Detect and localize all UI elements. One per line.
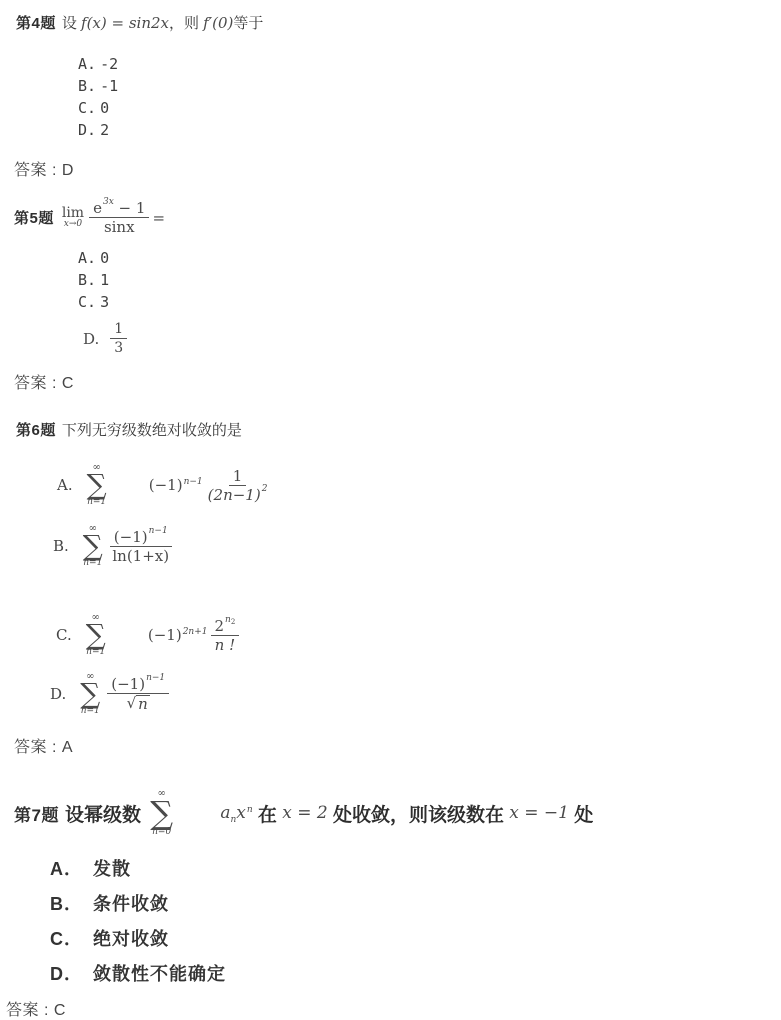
option-c-label: C.: [56, 626, 72, 644]
question-4-pre: 设: [62, 12, 81, 33]
lim-text: lim: [62, 206, 84, 220]
sigma-icon: ∑: [87, 472, 107, 498]
sum-symbol: ∞ ∑ n=1: [83, 524, 103, 568]
fraction: 1 (2n−1)2: [206, 468, 270, 503]
question-5-header: 第5题 lim x→0 e3x − 1 sinx =: [14, 200, 781, 235]
option-a-value: 发散: [93, 857, 131, 881]
option-a-value: -2: [100, 55, 118, 73]
sum-symbol: ∞ ∑ n=1: [86, 613, 106, 657]
option-b: B.-1: [78, 75, 781, 97]
option-d: D. ∞ ∑ n=1 (−1)n−1 √n: [50, 672, 781, 716]
option-a-label: A.: [57, 476, 73, 494]
question-4-number: 第4题: [16, 12, 56, 33]
question-7-options: A．发散 B．条件收敛 C．绝对收敛 D．敛散性不能确定: [50, 857, 781, 986]
numerator-rest: − 1: [114, 200, 146, 216]
option-b-value: -1: [100, 77, 118, 95]
option-d: D．敛散性不能确定: [50, 962, 781, 986]
question-7-mid1: 在: [253, 800, 283, 827]
option-d-value: 敛散性不能确定: [93, 962, 226, 986]
lim-subscript: x→0: [64, 220, 82, 229]
question-7-post: 处: [569, 800, 593, 827]
option-b-value: 条件收敛: [93, 892, 169, 916]
option-b-label: B.: [78, 77, 96, 95]
question-7-mid2: 处收敛，则该级数在: [328, 800, 510, 827]
option-a: A. ∞ ∑ n=1 (−1)n−1 1 (2n−1)2: [57, 458, 781, 512]
option-c-label: C.: [78, 99, 96, 117]
option-b: B.1: [78, 269, 781, 291]
formula-fx-sin2x: f(x) = sin2x: [81, 14, 169, 32]
coefficient: (−1)2n+1: [110, 608, 208, 662]
sigma-icon: ∑: [86, 622, 106, 648]
question-5-options: A.0 B.1 C.3: [78, 247, 781, 313]
option-a: A.0: [78, 247, 781, 269]
formula-fprime0: f′(0): [203, 14, 233, 32]
option-b-label: B.: [53, 537, 69, 555]
series-term: anxn: [177, 783, 253, 843]
option-d: D.2: [78, 119, 781, 141]
option-c: C.0: [78, 97, 781, 119]
question-6-title: 下列无穷级数绝对收敛的是: [62, 419, 242, 440]
option-c: C.3: [78, 291, 781, 313]
sum-lower-bound: n=1: [81, 707, 100, 716]
fraction: (−1)n−1 √n: [107, 676, 169, 712]
option-d-label: D.: [78, 121, 96, 139]
question-4-post: 等于: [233, 12, 263, 33]
option-d-label: D．: [50, 962, 83, 986]
coefficient-exponent: n−1: [184, 477, 203, 487]
coefficient-exponent: 2n+1: [183, 627, 208, 637]
fraction-numerator-base: 2: [215, 618, 225, 634]
formula-x-equals-2: x = 2: [282, 803, 327, 823]
term-a: a: [220, 803, 230, 823]
sum-lower-bound: n=1: [83, 559, 102, 568]
question-4: 第4题 设 f(x) = sin2x ，则 f′(0) 等于 A.-2 B.-1…: [0, 12, 781, 180]
formula-x-equals-minus-1: x = −1: [509, 803, 569, 823]
question-7-answer: 答案 : C: [6, 997, 781, 1020]
fraction-denominator: n !: [213, 636, 237, 653]
exam-page: 第4题 设 f(x) = sin2x ，则 f′(0) 等于 A.-2 B.-1…: [0, 0, 781, 1020]
denominator: sinx: [102, 218, 137, 235]
option-c: C．绝对收敛: [50, 927, 781, 951]
option-b-value: 1: [100, 271, 109, 289]
fraction-numerator: 1: [110, 321, 127, 339]
option-b: B．条件收敛: [50, 892, 781, 916]
option-a-value: 0: [100, 249, 109, 267]
option-c-label: C.: [78, 293, 96, 311]
question-4-header: 第4题 设 f(x) = sin2x ，则 f′(0) 等于: [16, 12, 781, 33]
option-c-value: 3: [100, 293, 109, 311]
question-5: 第5题 lim x→0 e3x − 1 sinx = A.0 B.1 C.3 D…: [0, 200, 781, 393]
option-d-label: D.: [83, 330, 99, 348]
radical-icon: √: [127, 695, 137, 711]
question-7-number: 第7题: [14, 801, 59, 826]
option-d: D. 1 3: [83, 321, 781, 356]
sum-symbol: ∞ ∑ n=1: [80, 672, 100, 716]
question-6-answer: 答案 : A: [14, 734, 781, 757]
question-4-mid: ，则: [169, 12, 203, 33]
question-7-pre: 设幂级数: [65, 800, 146, 827]
option-d-label: D.: [50, 685, 66, 703]
term-x: x: [236, 803, 246, 823]
fraction-one-third: 1 3: [110, 321, 127, 356]
limit-block: lim x→0: [62, 206, 84, 229]
option-a: A．发散: [50, 857, 781, 881]
fraction-numerator-base: (−1): [111, 676, 145, 692]
question-5-number: 第5题: [14, 207, 54, 228]
numerator-exponent: 3x: [103, 194, 114, 210]
option-c: C. ∞ ∑ n=1 (−1)2n+1 2n2 n !: [56, 608, 781, 662]
question-5-answer: 答案 : C: [14, 370, 781, 393]
option-c-label: C．: [50, 927, 83, 951]
term-x-exponent: n: [247, 805, 253, 815]
sum-lower-bound: n=1: [87, 498, 106, 507]
fraction-e3x-sinx: e3x − 1 sinx: [89, 200, 149, 235]
sum-lower-bound: n=0: [152, 828, 171, 837]
option-a-label: A.: [78, 249, 96, 267]
coefficient-base: (−1): [149, 476, 183, 494]
question-6-header: 第6题 下列无穷级数绝对收敛的是: [16, 419, 781, 440]
radicand: n: [136, 695, 150, 712]
question-4-answer: 答案 : D: [14, 157, 781, 180]
fraction-numerator-base: (−1): [114, 529, 148, 545]
question-6: 第6题 下列无穷级数绝对收敛的是 A. ∞ ∑ n=1 (−1)n−1 1 (2…: [0, 419, 781, 757]
sum-lower-bound: n=1: [86, 648, 105, 657]
option-d-value: 2: [100, 121, 109, 139]
sqrt-block: √n: [127, 695, 150, 712]
option-b: B. ∞ ∑ n=1 (−1)n−1 ln(1+x): [53, 524, 781, 568]
question-7-header: 第7题 设幂级数 ∞ ∑ n=0 anxn 在 x = 2 处收敛，则该级数在 …: [14, 783, 781, 843]
option-b-label: B．: [50, 892, 83, 916]
sigma-icon: ∑: [83, 533, 103, 559]
fraction-denominator: 3: [112, 339, 125, 356]
coefficient: (−1)n−1: [111, 458, 203, 512]
numerator-base: e: [93, 200, 102, 216]
fraction: (−1)n−1 ln(1+x): [110, 529, 172, 564]
question-4-options: A.-2 B.-1 C.0 D.2: [78, 53, 781, 141]
fraction-numerator-exponent: n−1: [146, 670, 165, 686]
option-a-label: A.: [78, 55, 96, 73]
sum-symbol: ∞ ∑ n=1: [87, 463, 107, 507]
fraction-numerator-exponent: n−1: [149, 523, 168, 539]
term-a-subscript: n: [230, 815, 236, 825]
coefficient-base: (−1): [148, 626, 182, 644]
option-c-value: 0: [100, 99, 109, 117]
fraction-denominator-base: (2n−1): [208, 487, 261, 503]
option-b-label: B.: [78, 271, 96, 289]
option-a: A.-2: [78, 53, 781, 75]
sigma-icon: ∑: [150, 798, 173, 828]
fraction: 2n2 n !: [211, 618, 240, 653]
equals-sign: =: [152, 209, 165, 227]
option-c-value: 绝对收敛: [93, 927, 169, 951]
fraction-numerator-exponent-squared: 2: [231, 614, 235, 630]
fraction-denominator-exponent: 2: [262, 481, 268, 497]
fraction-denominator: ln(1+x): [110, 547, 171, 564]
option-a-label: A．: [50, 857, 83, 881]
sum-symbol: ∞ ∑ n=0: [150, 789, 173, 837]
question-6-number: 第6题: [16, 419, 56, 440]
question-7: 第7题 设幂级数 ∞ ∑ n=0 anxn 在 x = 2 处收敛，则该级数在 …: [0, 783, 781, 1020]
sigma-icon: ∑: [80, 681, 100, 707]
fraction-numerator: 1: [229, 468, 247, 486]
